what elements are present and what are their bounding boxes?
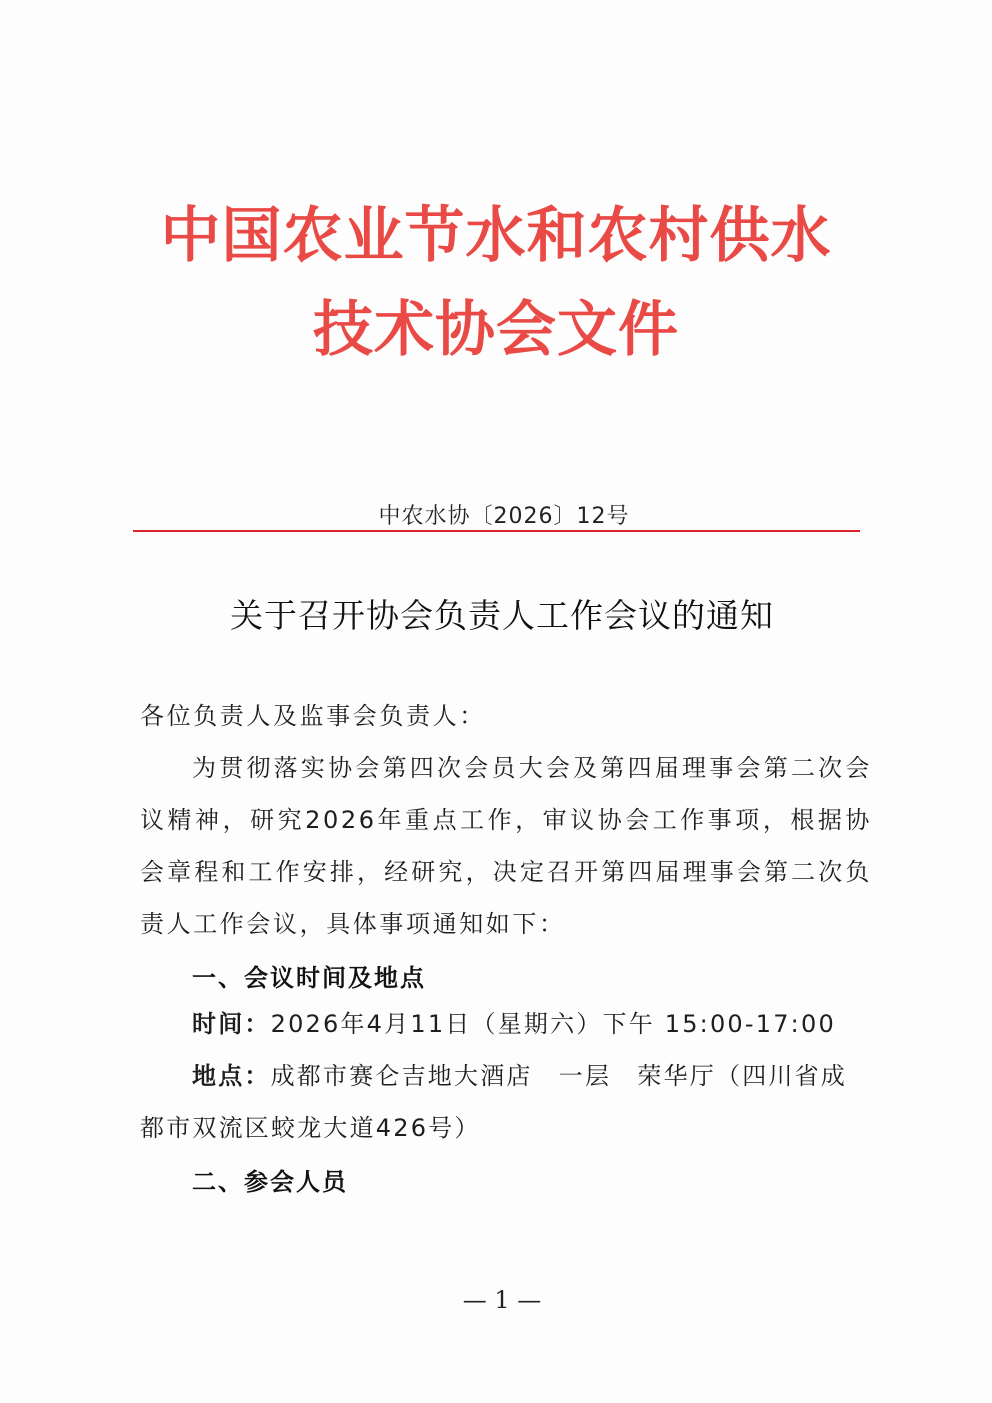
org-title-line1: 中国农业节水和农村供水: [0, 206, 992, 266]
org-title-line2: 技术协会文件: [0, 300, 992, 360]
document-number: 中农水协〔2026〕12号: [0, 499, 992, 530]
section-heading-attendees: 二、参会人员: [192, 1162, 348, 1197]
meeting-time-label: 时间：: [192, 1010, 271, 1038]
section-heading-time-place: 一、会议时间及地点: [192, 958, 426, 993]
meeting-time: 时间：2026年4月11日（星期六）下午 15:00-17:00: [140, 998, 872, 1050]
meeting-place: 地点：成都市赛仑吉地大酒店 一层 荣华厅（四川省成都市双流区蛟龙大道426号）: [140, 1050, 872, 1154]
notice-title: 关于召开协会负责人工作会议的通知: [0, 590, 992, 637]
page-number: — 1 —: [0, 1286, 992, 1314]
meeting-place-label: 地点：: [192, 1062, 271, 1090]
salutation: 各位负责人及监事会负责人：: [140, 690, 872, 742]
document-page: 中国农业节水和农村供水 技术协会文件 中农水协〔2026〕12号 关于召开协会负…: [0, 0, 992, 1403]
intro-paragraph: 为贯彻落实协会第四次会员大会及第四届理事会第二次会议精神，研究2026年重点工作…: [140, 742, 872, 950]
meeting-time-value: 2026年4月11日（星期六）下午 15:00-17:00: [271, 1010, 836, 1038]
red-separator-rule: [133, 530, 860, 532]
